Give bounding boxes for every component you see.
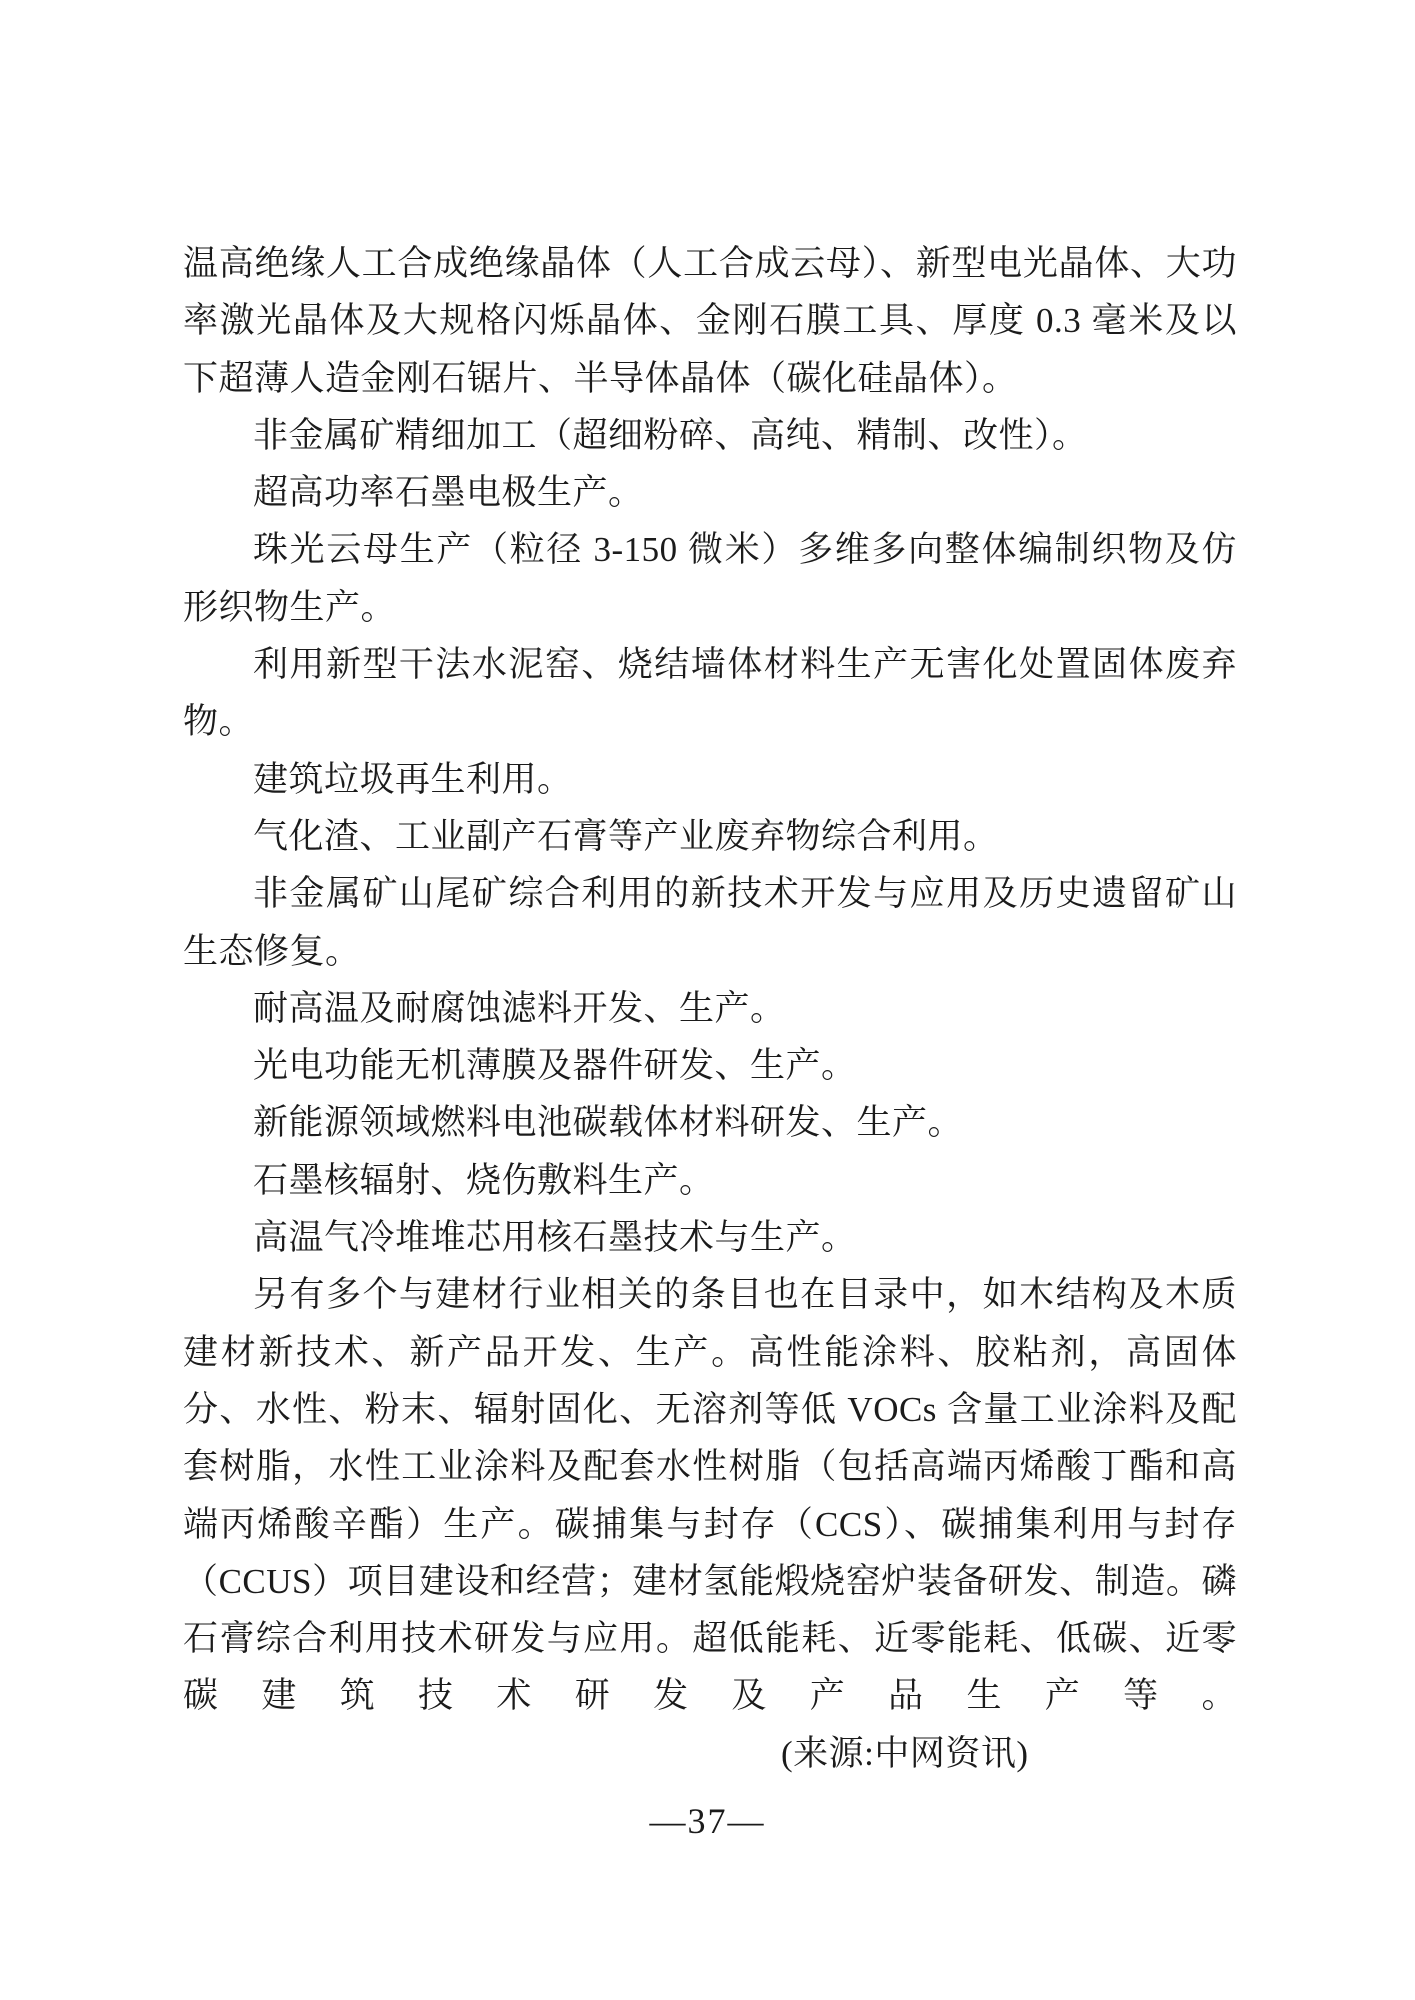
paragraph: 建筑垃圾再生利用。 [183,751,1237,808]
paragraph: 气化渣、工业副产石膏等产业废弃物综合利用。 [183,808,1237,865]
paragraph: 石墨核辐射、烧伤敷料生产。 [183,1152,1237,1209]
document-body: 温高绝缘人工合成绝缘晶体（人工合成云母）、新型电光晶体、大功率激光晶体及大规格闪… [183,235,1237,1782]
paragraph: 新能源领域燃料电池碳载体材料研发、生产。 [183,1094,1237,1151]
paragraph: 非金属矿精细加工（超细粉碎、高纯、精制、改性）。 [183,407,1237,464]
paragraph: 另有多个与建材行业相关的条目也在目录中，如木结构及木质建材新技术、新产品开发、生… [183,1266,1237,1782]
paragraph: 温高绝缘人工合成绝缘晶体（人工合成云母）、新型电光晶体、大功率激光晶体及大规格闪… [183,235,1237,407]
paragraph: 光电功能无机薄膜及器件研发、生产。 [183,1037,1237,1094]
page-number: —37— [0,1800,1415,1842]
paragraph-text: 另有多个与建材行业相关的条目也在目录中，如木结构及木质建材新技术、新产品开发、生… [183,1275,1237,1715]
paragraph: 耐高温及耐腐蚀滤料开发、生产。 [183,980,1237,1037]
paragraph: 非金属矿山尾矿综合利用的新技术开发与应用及历史遗留矿山生态修复。 [183,865,1237,980]
paragraph: 珠光云母生产（粒径 3-150 微米）多维多向整体编制织物及仿形织物生产。 [183,521,1237,636]
paragraph: 高温气冷堆堆芯用核石墨技术与生产。 [183,1209,1237,1266]
document-page: 温高绝缘人工合成绝缘晶体（人工合成云母）、新型电光晶体、大功率激光晶体及大规格闪… [0,0,1415,2000]
paragraph: 超高功率石墨电极生产。 [183,464,1237,521]
source-attribution: (来源:中网资讯) [711,1725,1029,1782]
paragraph: 利用新型干法水泥窑、烧结墙体材料生产无害化处置固体废弃物。 [183,636,1237,751]
